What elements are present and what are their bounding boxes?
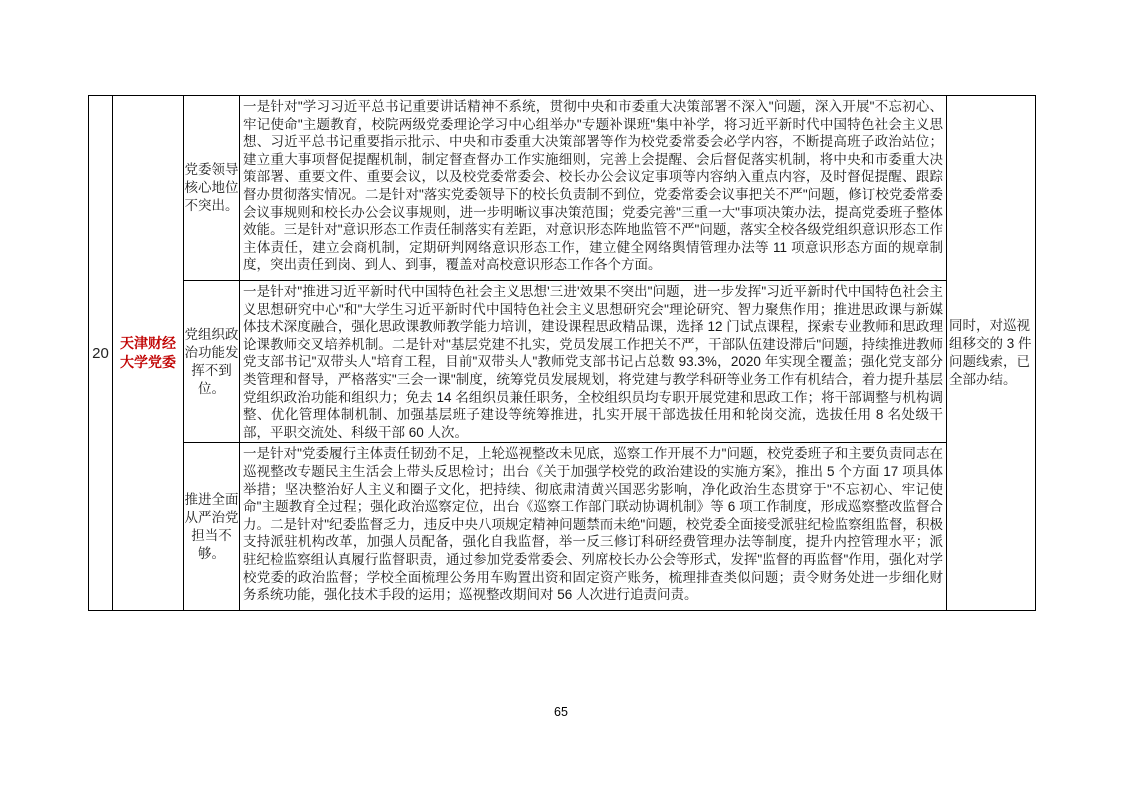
issue-content-cell-3: 一是针对"党委履行主体责任韧劲不足，上轮巡视整改未见底，巡察工作开展不力"问题，…	[240, 443, 947, 611]
issue-content-cell-2: 一是针对"推进习近平新时代中国特色社会主义思想'三进'效果不突出"问题，进一步发…	[240, 281, 947, 443]
table-row-issue-3: 推进全面 从严治党 担当不 够。 一是针对"党委履行主体责任韧劲不足，上轮巡视整…	[89, 443, 1036, 611]
issue-content-cell-1: 一是针对"学习习近平总书记重要讲话精神不系统，贯彻中央和市委重大决策部署不深入"…	[240, 96, 947, 281]
clue-note-cell: 同时，对巡视组移交的 3 件问题线索，已全部办结。	[947, 96, 1036, 611]
inspection-rectification-table-wrap: 20 天津财经 大学党委 党委领导 核心地位 不突出。 一是针对"学习习近平总书…	[88, 95, 1036, 611]
issue-label-cell-3: 推进全面 从严治党 担当不 够。	[184, 443, 240, 611]
inspection-rectification-table: 20 天津财经 大学党委 党委领导 核心地位 不突出。 一是针对"学习习近平总书…	[88, 95, 1036, 611]
table-row-issue-2: 党组织政 治功能发 挥不到 位。 一是针对"推进习近平新时代中国特色社会主义思想…	[89, 281, 1036, 443]
issue-label-cell-1: 党委领导 核心地位 不突出。	[184, 96, 240, 281]
document-page: { "page": { "number": "65" }, "colors": …	[0, 0, 1122, 793]
table-row-issue-1: 20 天津财经 大学党委 党委领导 核心地位 不突出。 一是针对"学习习近平总书…	[89, 96, 1036, 281]
row-number-cell: 20	[89, 96, 113, 611]
page-number: 65	[0, 705, 1122, 719]
org-name-cell: 天津财经 大学党委	[113, 96, 184, 611]
issue-label-cell-2: 党组织政 治功能发 挥不到 位。	[184, 281, 240, 443]
